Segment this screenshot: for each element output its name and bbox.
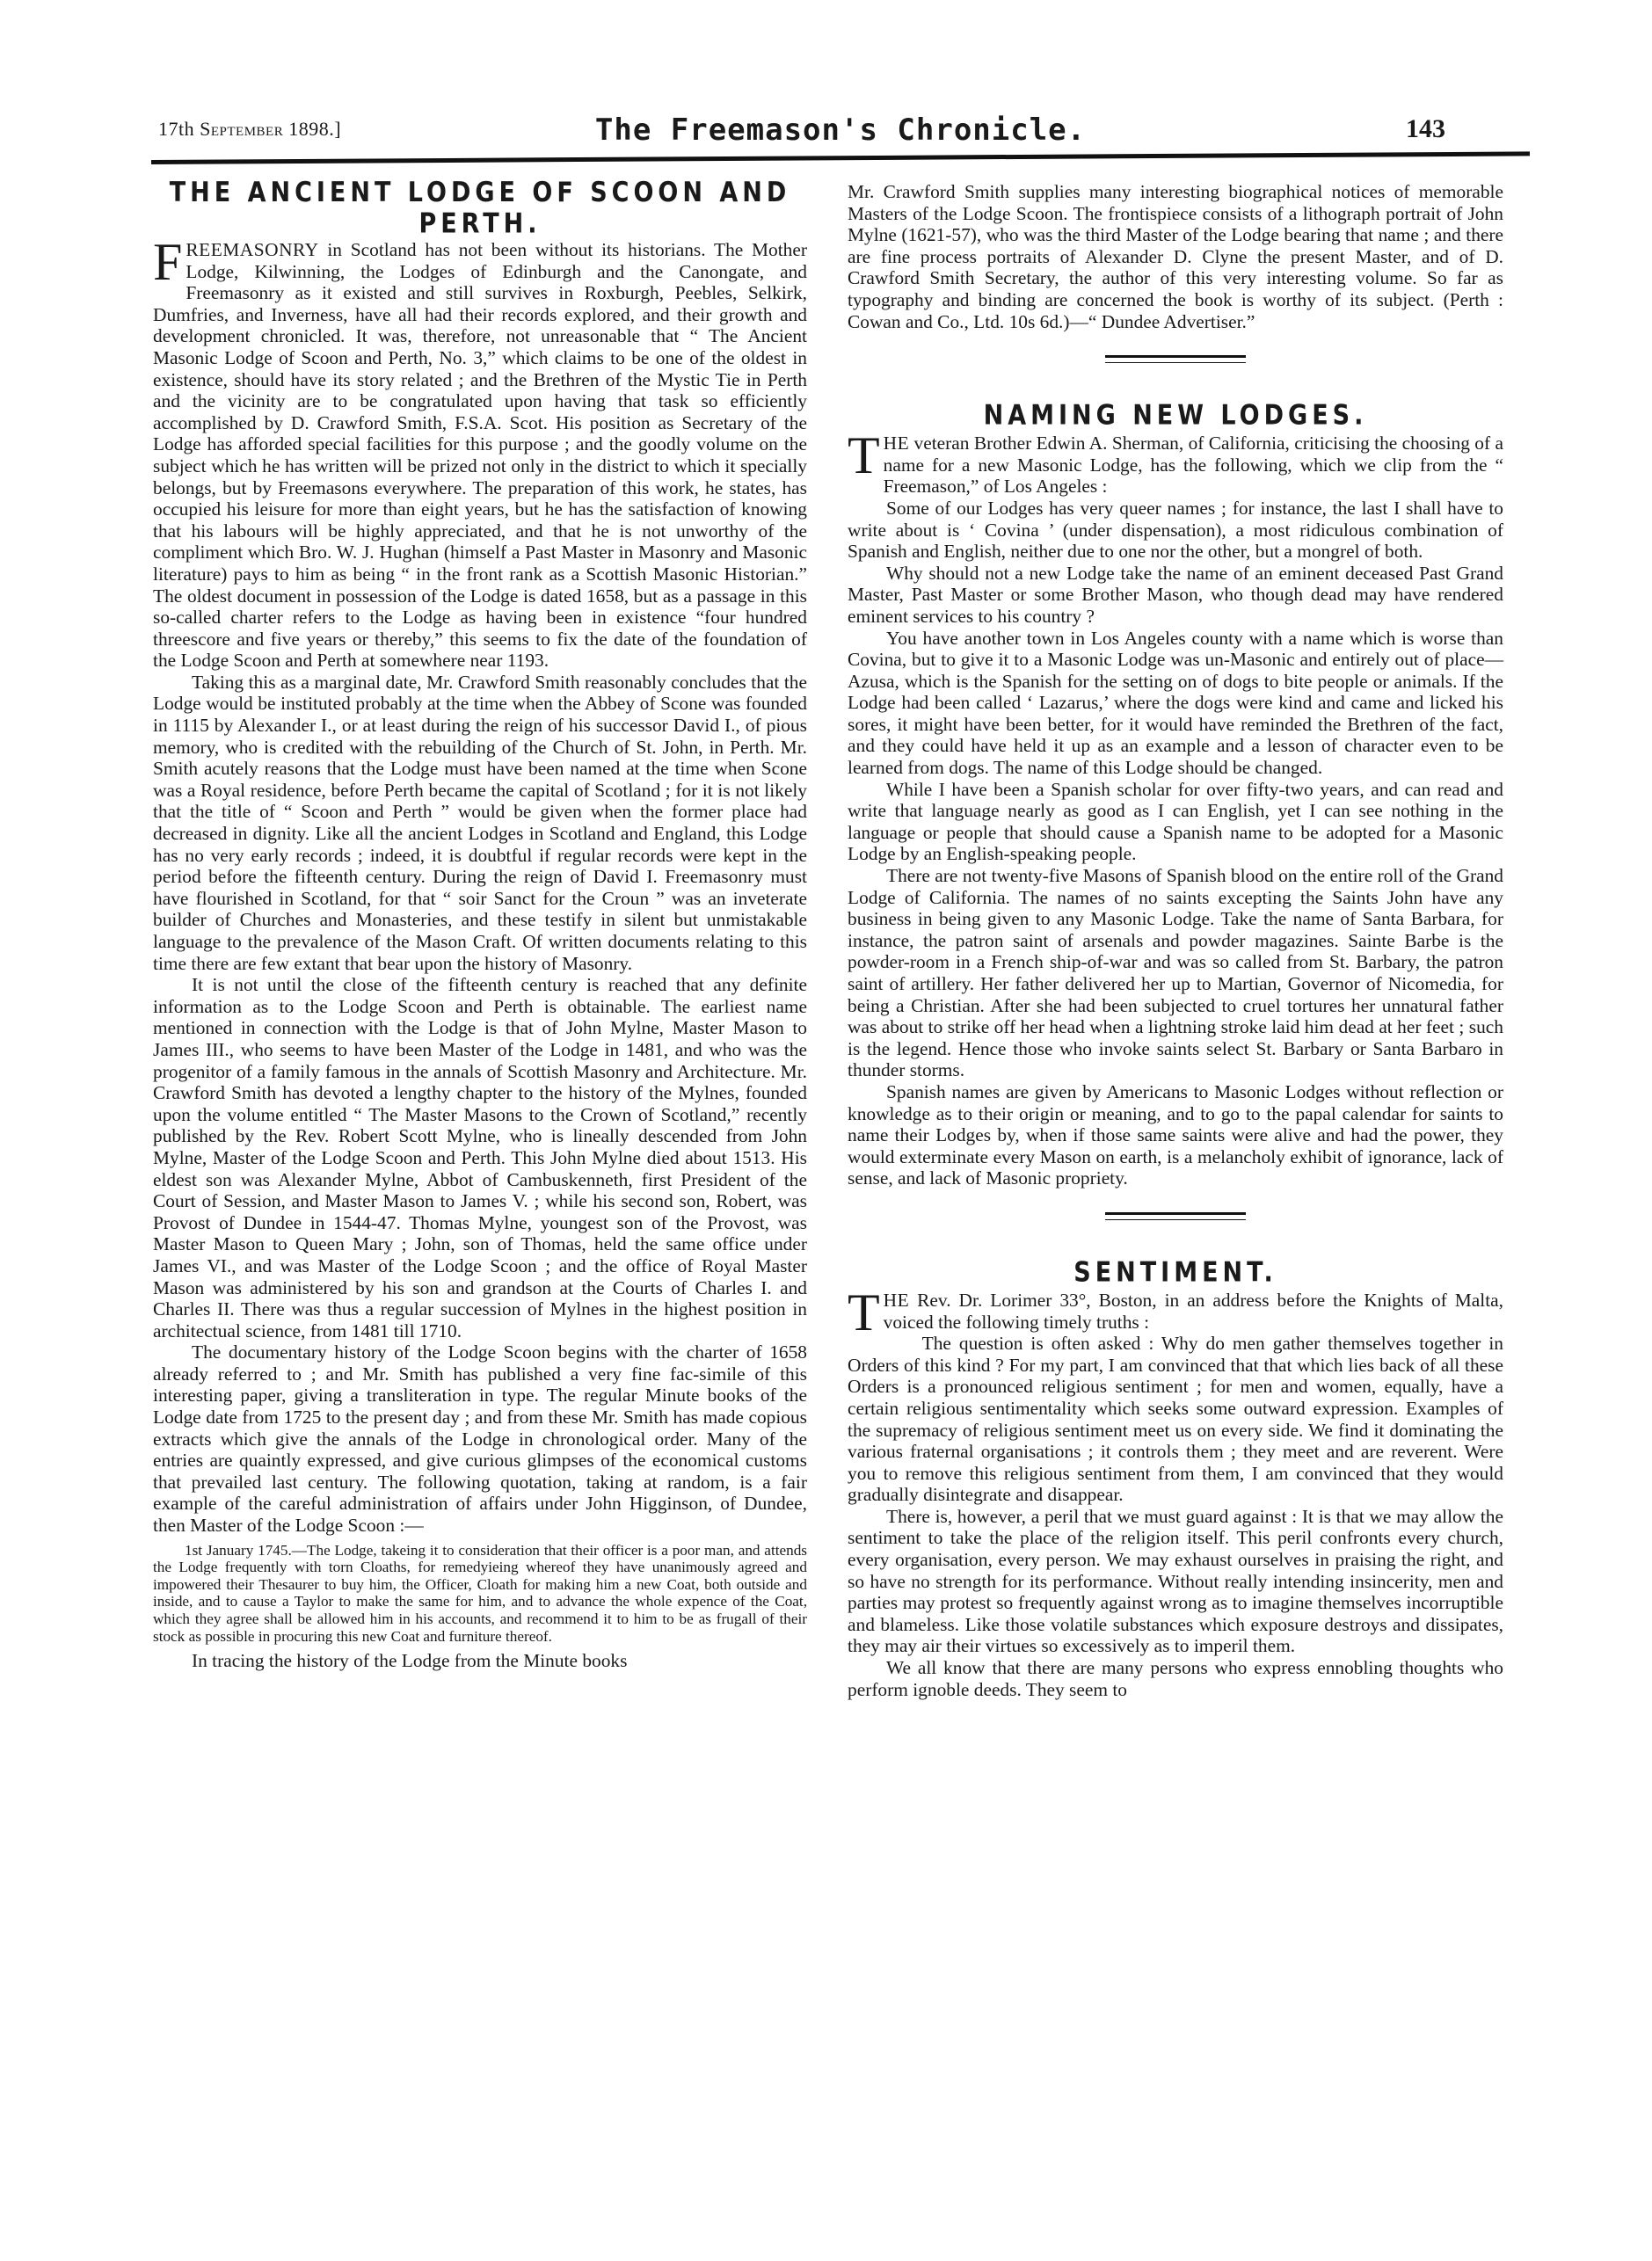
article-paragraph: Why should not a new Lodge take the name… (848, 563, 1503, 628)
publication-title: The Freemason's Chronicle. (151, 113, 1530, 148)
section-divider (1105, 1212, 1246, 1220)
dropcap: F (153, 241, 182, 283)
left-column: THE ANCIENT LODGE OF SCOON AND PERTH. FR… (153, 181, 807, 1672)
lead-caps: REEMASONRY (186, 239, 318, 260)
lead-caps: HE (884, 1290, 910, 1311)
article-headline: SENTIMENT. (848, 1257, 1503, 1289)
page-number: 143 (1406, 114, 1445, 144)
article-headline: NAMING NEW LODGES. (848, 400, 1503, 432)
dropcap: T (848, 434, 880, 476)
article-paragraph: FREEMASONRY in Scotland has not been wit… (153, 239, 807, 672)
newspaper-page: 17th September 1898.] The Freemason's Ch… (151, 113, 1530, 151)
article-paragraph: Some of our Lodges has very queer names … (848, 498, 1503, 563)
article-body: THE Rev. Dr. Lorimer 33°, Boston, in an … (848, 1290, 1503, 1700)
masthead: 17th September 1898.] The Freemason's Ch… (151, 113, 1530, 151)
article-paragraph: THE veteran Brother Edwin A. Sherman, of… (848, 433, 1503, 498)
article-paragraph: You have another town in Los Angeles cou… (848, 628, 1503, 779)
paragraph-text: Rev. Dr. Lorimer 33°, Boston, in an addr… (884, 1290, 1503, 1333)
right-column: Mr. Crawford Smith supplies many interes… (848, 181, 1503, 1700)
quotation-text: 1st January 1745.—The Lodge, takeing it … (153, 1542, 807, 1646)
paragraph-text: in Scotland has not been without its his… (153, 239, 807, 671)
article-paragraph: THE Rev. Dr. Lorimer 33°, Boston, in an … (848, 1290, 1503, 1333)
article-paragraph: It is not until the close of the fifteen… (153, 974, 807, 1341)
article-paragraph: There are not twenty-five Masons of Span… (848, 865, 1503, 1081)
article-paragraph: Spanish names are given by Americans to … (848, 1081, 1503, 1189)
minute-book-quotation: 1st January 1745.—The Lodge, takeing it … (153, 1542, 807, 1646)
article-paragraph: Taking this as a marginal date, Mr. Craw… (153, 672, 807, 974)
article-paragraph: The documentary history of the Lodge Sco… (153, 1341, 807, 1536)
article-paragraph: The question is often asked : Why do men… (848, 1333, 1503, 1506)
dropcap: T (848, 1291, 880, 1334)
lead-caps: HE (884, 433, 910, 454)
article-paragraph: In tracing the history of the Lodge from… (153, 1650, 807, 1672)
masthead-rule (151, 151, 1530, 164)
section-divider (1105, 355, 1246, 363)
article-paragraph: There is, however, a peril that we must … (848, 1506, 1503, 1657)
article-paragraph: We all know that there are many persons … (848, 1657, 1503, 1700)
article-headline: THE ANCIENT LODGE OF SCOON AND PERTH. (153, 177, 807, 239)
article-continuation: Mr. Crawford Smith supplies many interes… (848, 181, 1503, 332)
article-body: FREEMASONRY in Scotland has not been wit… (153, 239, 807, 1537)
article-body-continued: In tracing the history of the Lodge from… (153, 1650, 807, 1672)
article-paragraph: Mr. Crawford Smith supplies many interes… (848, 181, 1503, 332)
paragraph-text: veteran Brother Edwin A. Sherman, of Cal… (884, 433, 1503, 497)
article-paragraph: While I have been a Spanish scholar for … (848, 779, 1503, 865)
article-body: THE veteran Brother Edwin A. Sherman, of… (848, 433, 1503, 1189)
